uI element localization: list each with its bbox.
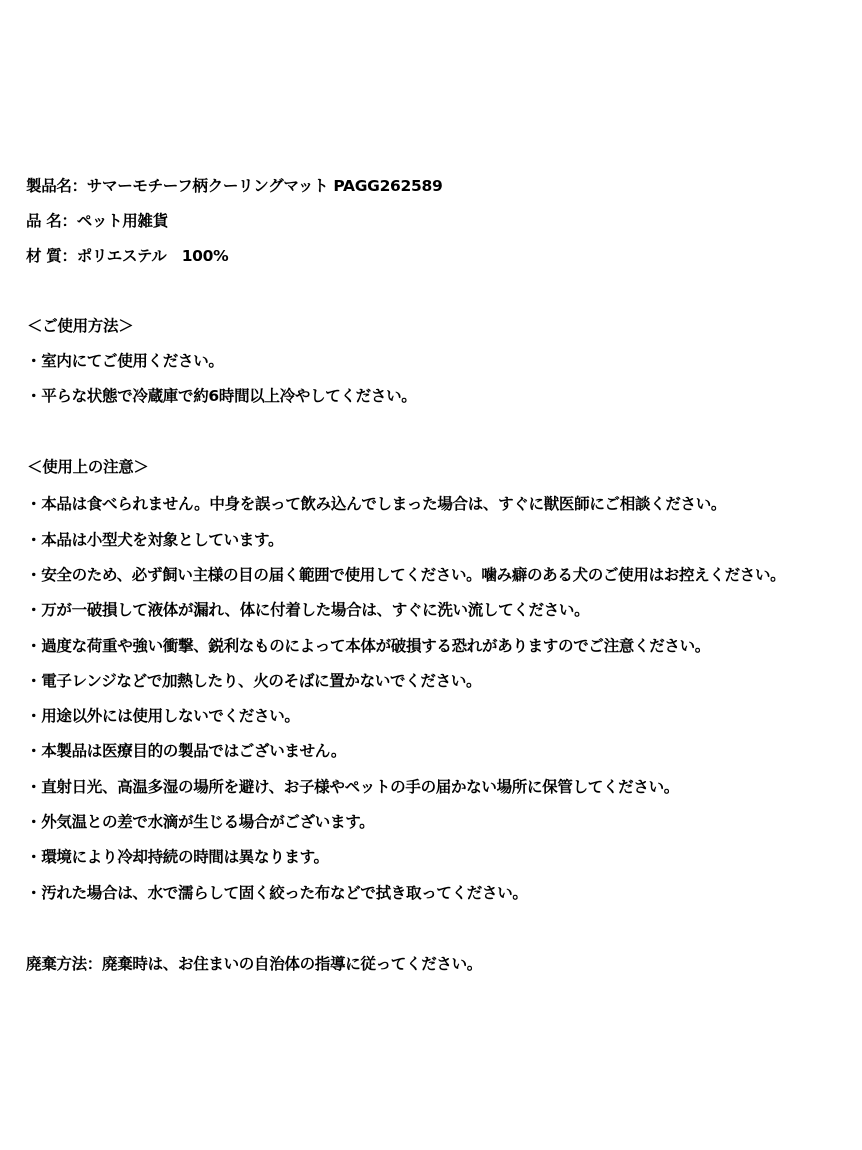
caution-item: ・本品は小型犬を対象としています。 [26, 530, 283, 550]
usage-item: ・平らな状態で冷蔵庫で約6時間以上冷やしてください。 [26, 386, 417, 406]
caution-item: ・本品は食べられません。中身を誤って飲み込んでしまった場合は、すぐに獣医師にご相… [26, 494, 726, 514]
caution-item: ・汚れた場合は、水で濡らして固く絞った布などで拭き取ってください。 [26, 883, 528, 903]
caution-item: ・本製品は医療目的の製品ではございません。 [26, 741, 346, 761]
material: 材 質：ポリエステル 100% [26, 246, 228, 266]
caution-item: ・直射日光、高温多湿の場所を避け、お子様やペットの手の届かない場所に保管してくだ… [26, 777, 679, 797]
item-name: 品 名：ペット用雑貨 [26, 211, 168, 231]
caution-item: ・安全のため、必ず飼い主様の目の届く範囲で使用してください。噛み癖のある犬のご使… [26, 565, 785, 585]
disposal-method: 廃棄方法：廃棄時は、お住まいの自治体の指導に従ってください。 [26, 954, 482, 974]
usage-item: ・室内にてご使用ください。 [26, 351, 224, 371]
caution-item: ・過度な荷重や強い衝撃、鋭利なものによって本体が破損する恐れがありますのでご注意… [26, 636, 710, 656]
caution-item: ・外気温との差で水滴が生じる場合がございます。 [26, 812, 374, 832]
product-name: 製品名：サマーモチーフ柄クーリングマット PAGG262589 [26, 176, 442, 196]
cautions-heading: ＜使用上の注意＞ [27, 457, 149, 477]
caution-item: ・用途以外には使用しないでください。 [26, 706, 300, 726]
usage-heading: ＜ご使用方法＞ [27, 316, 133, 336]
caution-item: ・電子レンジなどで加熱したり、火のそばに置かないでください。 [26, 671, 481, 691]
caution-item: ・万が一破損して液体が漏れ、体に付着した場合は、すぐに洗い流してください。 [26, 600, 589, 620]
caution-item: ・環境により冷却持続の時間は異なります。 [26, 847, 329, 867]
